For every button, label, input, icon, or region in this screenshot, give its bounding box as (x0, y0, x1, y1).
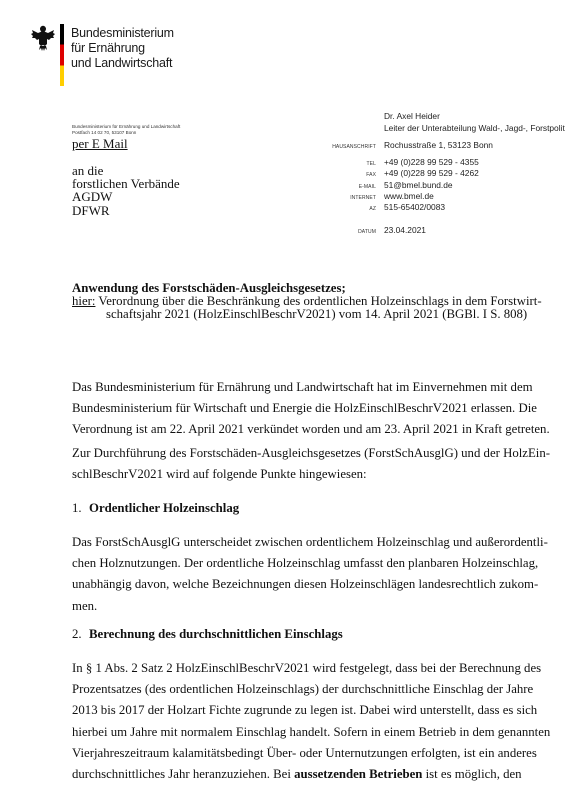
contact-value: +49 (0)228 99 529 - 4355 (384, 157, 479, 167)
recipient-address: an die forstlichen Verbände AGDW DFWR (72, 164, 180, 217)
contact-row-fax: FAX +49 (0)228 99 529 - 4262 (320, 168, 560, 179)
delivery-method: per E Mail (72, 136, 128, 151)
text-emphasis: aussetzenden Betrieben (294, 767, 422, 781)
paragraph-implementation: Zur Durchführung des Forstschäden-Ausgle… (72, 443, 552, 485)
text-line: Verordnung ist am 22. April 2021 verkünd… (72, 419, 552, 440)
section-number: 1. (72, 498, 89, 519)
contact-position: Leiter der Unterabteilung Wald-, Jagd-, … (384, 122, 565, 134)
contact-label: TEL (320, 161, 384, 167)
paragraph-section-1: Das ForstSchAusglG unterscheidet zwische… (72, 532, 552, 617)
sender-line-2: Postfach 14 02 70, 53107 Bonn (72, 130, 180, 136)
section-title: Berechnung des durchschnittlichen Einsch… (89, 627, 343, 641)
contact-person: Dr. Axel Heider Leiter der Unterabteilun… (384, 110, 565, 134)
text-line: Das Bundesministerium für Ernährung und … (72, 377, 552, 398)
contact-row-reference: AZ 515-65402/0083 (320, 202, 560, 213)
recipient-line: DFWR (72, 204, 180, 217)
contact-row-date: DATUM 23.04.2021 (320, 225, 560, 236)
contact-value[interactable]: www.bmel.de (384, 191, 434, 201)
section-heading-2: 2.Berechnung des durchschnittlichen Eins… (72, 624, 552, 645)
contact-value: Rochusstraße 1, 53123 Bonn (384, 140, 493, 150)
ministry-name-line: Bundesministerium (71, 26, 174, 41)
paragraph-section-2: In § 1 Abs. 2 Satz 2 HolzEinschlBeschrV2… (72, 658, 552, 785)
text-line: Zur Durchführung des Forstschäden-Ausgle… (72, 443, 552, 464)
contact-label: INTERNET (320, 195, 384, 201)
contact-row-internet: INTERNET www.bmel.de (320, 191, 560, 202)
text-line: unabhängig davon, welche Bezeichnungen d… (72, 574, 552, 595)
text-line: In § 1 Abs. 2 Satz 2 HolzEinschlBeschrV2… (72, 658, 552, 679)
federal-eagle-icon (31, 24, 55, 52)
contact-value: 23.04.2021 (384, 225, 426, 235)
subject-hier-label: hier: (72, 294, 95, 308)
ministry-name: Bundesministerium für Ernährung und Land… (71, 26, 174, 71)
contact-name: Dr. Axel Heider (384, 110, 565, 122)
contact-label: HAUSANSCHRIFT (320, 144, 384, 150)
text-line: Prozentsatzes (des ordentlichen Holzeins… (72, 679, 552, 700)
text-segment: ist es möglich, den (422, 767, 521, 781)
text-segment: durchschnittliches Jahr heranzuziehen. B… (72, 767, 294, 781)
ministry-name-line: und Landwirtschaft (71, 56, 174, 71)
recipient-line: AGDW (72, 190, 180, 203)
contact-label: E-MAIL (320, 184, 384, 190)
ministry-name-line: für Ernährung (71, 41, 174, 56)
paragraph-intro: Das Bundesministerium für Ernährung und … (72, 377, 552, 441)
contact-value: 515-65402/0083 (384, 202, 445, 212)
text-line: hierbei um Jahre mit normalem Einschlag … (72, 722, 552, 743)
sender-line-1: Bundesministerium für Ernährung und Land… (72, 124, 180, 130)
subject-text: Verordnung über die Beschränkung des ord… (95, 294, 541, 308)
text-line: Das ForstSchAusglG unterscheidet zwische… (72, 532, 552, 553)
contact-label: FAX (320, 172, 384, 178)
contact-row-address: HAUSANSCHRIFT Rochusstraße 1, 53123 Bonn (320, 140, 560, 151)
text-line: durchschnittliches Jahr heranzuziehen. B… (72, 764, 552, 785)
subject-block: Anwendung des Forstschäden-Ausgleichsges… (72, 282, 552, 322)
contact-row-email: E-MAIL 51@bmel.bund.de (320, 180, 560, 191)
contact-details: HAUSANSCHRIFT Rochusstraße 1, 53123 Bonn… (320, 140, 560, 236)
german-flag-bar (60, 24, 64, 86)
section-number: 2. (72, 624, 89, 645)
contact-row-tel: TEL +49 (0)228 99 529 - 4355 (320, 157, 560, 168)
subject-line-2: schaftsjahr 2021 (HolzEinschlBeschrV2021… (72, 308, 552, 321)
section-title: Ordentlicher Holzeinschlag (89, 501, 239, 515)
text-line: schlBeschrV2021 wird auf folgende Punkte… (72, 464, 552, 485)
text-line: 2013 bis 2017 der Holzart Fichte zugrund… (72, 700, 552, 721)
text-line: Vierjahreszeitraum kalamitätsbedingt Übe… (72, 743, 552, 764)
contact-label: DATUM (320, 229, 384, 235)
text-line: Bundesministerium für Wirtschaft und Ene… (72, 398, 552, 419)
section-heading-1: 1.Ordentlicher Holzeinschlag (72, 498, 552, 519)
text-line: men. (72, 596, 552, 617)
contact-value[interactable]: 51@bmel.bund.de (384, 180, 453, 190)
text-line: chen Holznutzungen. Der ordentliche Holz… (72, 553, 552, 574)
sender-address: Bundesministerium für Ernährung und Land… (72, 124, 180, 135)
contact-label: AZ (320, 206, 384, 212)
contact-value: +49 (0)228 99 529 - 4262 (384, 168, 479, 178)
